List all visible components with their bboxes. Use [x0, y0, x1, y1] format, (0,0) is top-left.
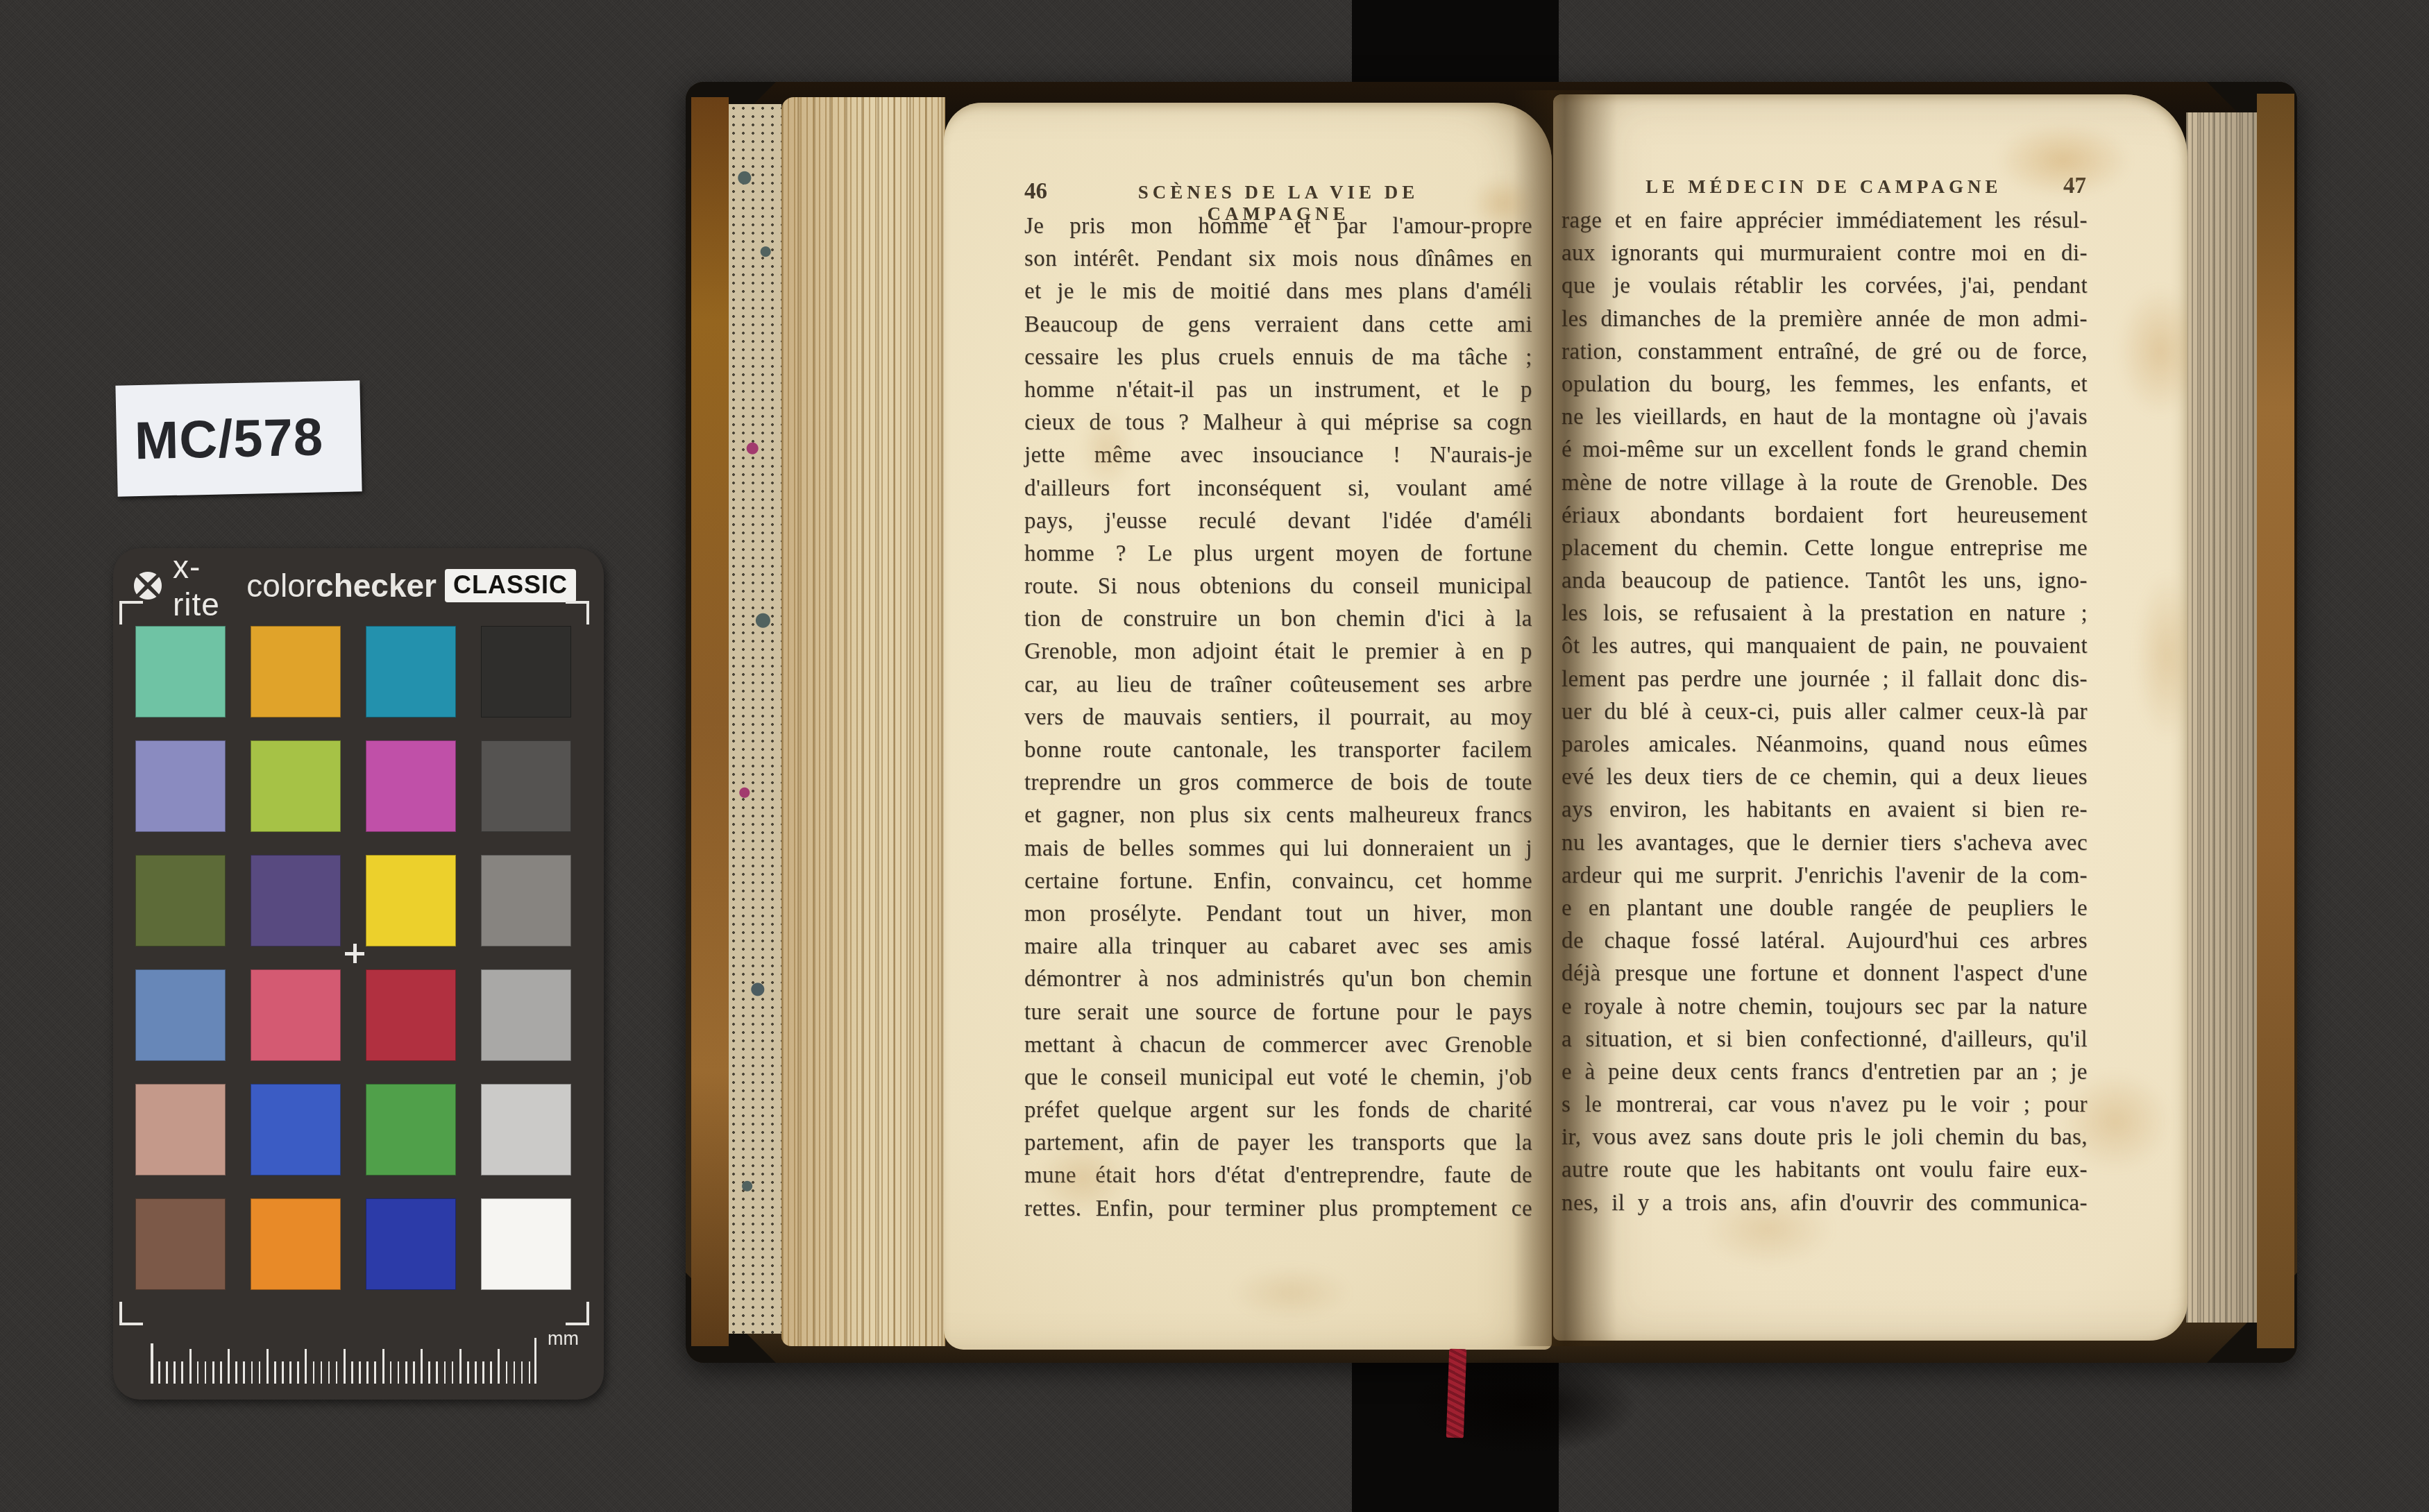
text-line: aysenviron,leshabitantsenavaientsibienre…	[1561, 797, 2088, 830]
foxing-stain	[2101, 261, 2187, 441]
ruler-unit-label: mm	[548, 1328, 579, 1350]
text-line: démontrerànosadministrésqu'unbonchemin	[1024, 967, 1532, 999]
text-line: ériauxabondantsbordaientfortheureusement	[1561, 503, 2088, 536]
bookmark-ribbon	[1446, 1349, 1466, 1438]
text-line: etjelemisdemoitiédansmesplansd'améli	[1024, 279, 1532, 312]
text-line: queleconseilmunicipaleutvotélechemin,j'o…	[1024, 1065, 1532, 1098]
color-patch	[366, 1198, 456, 1290]
text-line: monprosélyte.Pendanttoutunhiver,mon	[1024, 901, 1532, 934]
registration-bracket-icon	[566, 601, 589, 625]
text-line: Beaucoupdegensverraientdanscetteami	[1024, 312, 1532, 345]
colorchecker-card: x-rite colorcheckerCLASSIC mm	[113, 548, 604, 1400]
text-line: nes,ilyatroisans,afind'ouvrirdescommunic…	[1561, 1191, 2088, 1223]
product-name: colorcheckerCLASSIC	[246, 567, 576, 604]
text-line: rageetenfaireapprécierimmédiatementlesré…	[1561, 208, 2088, 241]
colorchecker-header: x-rite colorcheckerCLASSIC	[130, 563, 576, 608]
text-line: tureseraitunesourcedefortunepourlepays	[1024, 1000, 1532, 1033]
mm-ruler	[151, 1332, 536, 1384]
text-line: homme?Leplusurgentmoyendefortune	[1024, 541, 1532, 574]
text-line: opulationdubourg,lesfemmes,lesenfants,et	[1561, 372, 2088, 405]
text-line: préfetquelqueargentsurlesfondsdecharité	[1024, 1098, 1532, 1130]
text-line: tiondeconstruireunbonchemind'iciàla	[1024, 606, 1532, 639]
foxing-stain	[1208, 1255, 1374, 1331]
running-header-right: LE MÉDECIN DE CAMPAGNE 47	[1561, 173, 2086, 199]
text-line: maisdebellessommesquiluidonneraientunj	[1024, 836, 1532, 869]
text-line: etgagner,nonplussixcentsmalheureuxfrancs	[1024, 803, 1532, 835]
text-line: nelesvieillards,enhautdelamontagneoùj'av…	[1561, 405, 2088, 437]
text-line: cieuxdetous?Malheuràquiméprisesacogn	[1024, 410, 1532, 443]
color-patch	[135, 740, 226, 832]
registration-bracket-icon	[119, 601, 143, 625]
text-line: maireallatrinqueraucabaretavecsesamis	[1024, 934, 1532, 967]
color-patch	[481, 626, 571, 717]
marbled-endpaper-edge	[729, 104, 781, 1334]
shelfmark-label: MC/578	[115, 380, 362, 496]
text-line: car,aulieudetraînercoûteusementsesarbre	[1024, 672, 1532, 705]
text-line: uerdubléàceux-ci,puisallercalmerceux-làp…	[1561, 699, 2088, 732]
text-line: nulesavantages,quelederniertierss'acheva…	[1561, 831, 2088, 863]
text-line: eàpeinedeuxcentsfrancsd'entretienparan;j…	[1561, 1060, 2088, 1092]
color-patch	[366, 855, 456, 946]
text-line: lementpasperdreunejournée;ilfallaitdoncd…	[1561, 667, 2088, 699]
body-text-left: Jeprismonhommeetparl'amour-propresoninté…	[1024, 214, 1532, 1229]
spine-bottom-shadow	[1371, 1339, 1676, 1471]
text-line: ôtlesautres,quimanquaientdepain,nepouvai…	[1561, 634, 2088, 666]
text-line: andabeaucoupdepatience.Tantôtlesuns,igno…	[1561, 568, 2088, 601]
running-title: LE MÉDECIN DE CAMPAGNE	[1611, 176, 2036, 198]
color-patch	[135, 855, 226, 946]
color-patch	[366, 1084, 456, 1175]
registration-bracket-icon	[566, 1302, 589, 1325]
ruler-tick-end	[151, 1343, 153, 1384]
text-line: leslois,serefusaientàlaprestationennatur…	[1561, 601, 2088, 634]
body-text-right: rageetenfaireapprécierimmédiatementlesré…	[1561, 208, 2088, 1223]
ruler-ticks-big	[151, 1349, 536, 1384]
registration-cross-icon	[345, 944, 364, 963]
text-line: route.Sinousobtenionsduconseilmunicipal	[1024, 574, 1532, 606]
color-patch	[251, 1198, 341, 1290]
color-patch	[366, 740, 456, 832]
color-patch	[251, 855, 341, 946]
text-line: ir,vousavezsansdouteprislejolicheminduba…	[1561, 1125, 2088, 1157]
xrite-logo-icon	[130, 568, 166, 604]
text-line: dechaquefossélatéral.Aujourd'huicesarbre…	[1561, 928, 2088, 961]
text-line: parolesamicales.Néanmoins,quandnouseûmes	[1561, 732, 2088, 765]
shelfmark-text: MC/578	[116, 407, 324, 471]
product-name-bold: checker	[316, 567, 437, 604]
text-line: Grenoble,monadjointétaitlepremieràenp	[1024, 639, 1532, 672]
page-number: 47	[2036, 173, 2086, 199]
color-patch	[481, 855, 571, 946]
color-patch	[135, 969, 226, 1061]
right-page: LE MÉDECIN DE CAMPAGNE 47 rageetenfairea…	[1553, 94, 2187, 1341]
text-line: cessairelespluscruelsennuisdematâche;	[1024, 345, 1532, 377]
text-line: sonintérêt.Pendantsixmoisnousdînâmesen	[1024, 246, 1532, 279]
text-line: rettes.Enfin,pourterminerpluspromptement…	[1024, 1196, 1532, 1229]
text-line: bonneroutecantonale,lestransporterfacile…	[1024, 738, 1532, 770]
text-line: placementduchemin.Cettelongueentreprisem…	[1561, 536, 2088, 568]
text-line: pays,j'eussereculédevantl'idéed'améli	[1024, 509, 1532, 541]
text-line: certainefortune.Enfin,convaincu,cethomme	[1024, 869, 1532, 901]
text-line: hommen'était-ilpasuninstrument,etlep	[1024, 377, 1532, 410]
color-patch	[135, 1084, 226, 1175]
color-patch	[251, 740, 341, 832]
text-line: slemontrerai,carvousn'avezpulevoir;pour	[1561, 1092, 2088, 1125]
color-patch	[481, 969, 571, 1061]
color-patch	[251, 969, 341, 1061]
color-patch	[366, 969, 456, 1061]
digitization-photo: 46 SCÈNES DE LA VIE DE CAMPAGNE Jeprismo…	[0, 0, 2429, 1512]
color-patch	[481, 1198, 571, 1290]
cover-leather-edge-right	[2257, 94, 2294, 1348]
text-line: eenplantantunedoublerangéedepeupliersle	[1561, 896, 2088, 928]
text-line: evélesdeuxtiersdecechemin,quiadeuxlieues	[1561, 765, 2088, 797]
foxing-stain	[2122, 538, 2187, 774]
text-line: ardeurquimesurprit.J'enrichisl'avenirdel…	[1561, 863, 2088, 896]
text-line: muneétaithorsd'étatd'entreprendre,fauted…	[1024, 1163, 1532, 1196]
color-patch	[481, 1084, 571, 1175]
text-line: déjàpresqueunefortuneetdonnentl'aspectd'…	[1561, 961, 2088, 994]
color-patch	[481, 740, 571, 832]
brand-name: x-rite	[173, 548, 246, 623]
registration-bracket-icon	[119, 1302, 143, 1325]
text-line: versdemauvaissentiers,ilpourrait,aumoy	[1024, 705, 1532, 738]
text-line: mènedenotrevillageàlaroutedeGrenoble.Des	[1561, 470, 2088, 503]
text-line: auxignorantsquimurmuraientcontremoiendi-	[1561, 241, 2088, 273]
text-line: ration,constammententraîné,degréoudeforc…	[1561, 339, 2088, 372]
cover-leather-edge-left	[691, 97, 729, 1346]
text-line: autreroutequeleshabitantsontvoulufaireeu…	[1561, 1157, 2088, 1190]
text-line: partement,afindepayerlestransportsquela	[1024, 1130, 1532, 1163]
edition-badge: CLASSIC	[445, 569, 576, 602]
text-line: jettemêmeavecinsouciance!N'aurais-je	[1024, 443, 1532, 475]
left-page: 46 SCÈNES DE LA VIE DE CAMPAGNE Jeprismo…	[944, 103, 1552, 1350]
text-line: d'ailleursfortinconséquentsi,voulantamé	[1024, 476, 1532, 509]
color-patch	[366, 626, 456, 717]
text-line: asituation,etsibienconfectionné,d'ailleu…	[1561, 1027, 2088, 1060]
color-patch	[135, 626, 226, 717]
page-block-edge-left	[781, 97, 945, 1346]
ruler-tick-end	[534, 1338, 537, 1384]
page-block-edge-right	[2186, 112, 2257, 1323]
text-line: eroyaleànotrechemin,toujourssecparlanatu…	[1561, 994, 2088, 1027]
page-number: 46	[1024, 179, 1074, 205]
color-patch	[251, 1084, 341, 1175]
color-patch	[251, 626, 341, 717]
text-line: mettantàchacundecommerceravecGrenoble	[1024, 1033, 1532, 1065]
product-name-light: color	[246, 567, 316, 604]
text-line: treprendreungroscommercedeboisdetoute	[1024, 770, 1532, 803]
text-line: lesdimanchesdelapremièreannéedemonadmi-	[1561, 307, 2088, 339]
color-patch	[135, 1198, 226, 1290]
text-line: émoi-mêmesurunexcellentfondslegrandchemi…	[1561, 437, 2088, 470]
text-line: quejevoulaisrétablirlescorvées,j'ai,pend…	[1561, 273, 2088, 306]
text-line: Jeprismonhommeetparl'amour-propre	[1024, 214, 1532, 246]
